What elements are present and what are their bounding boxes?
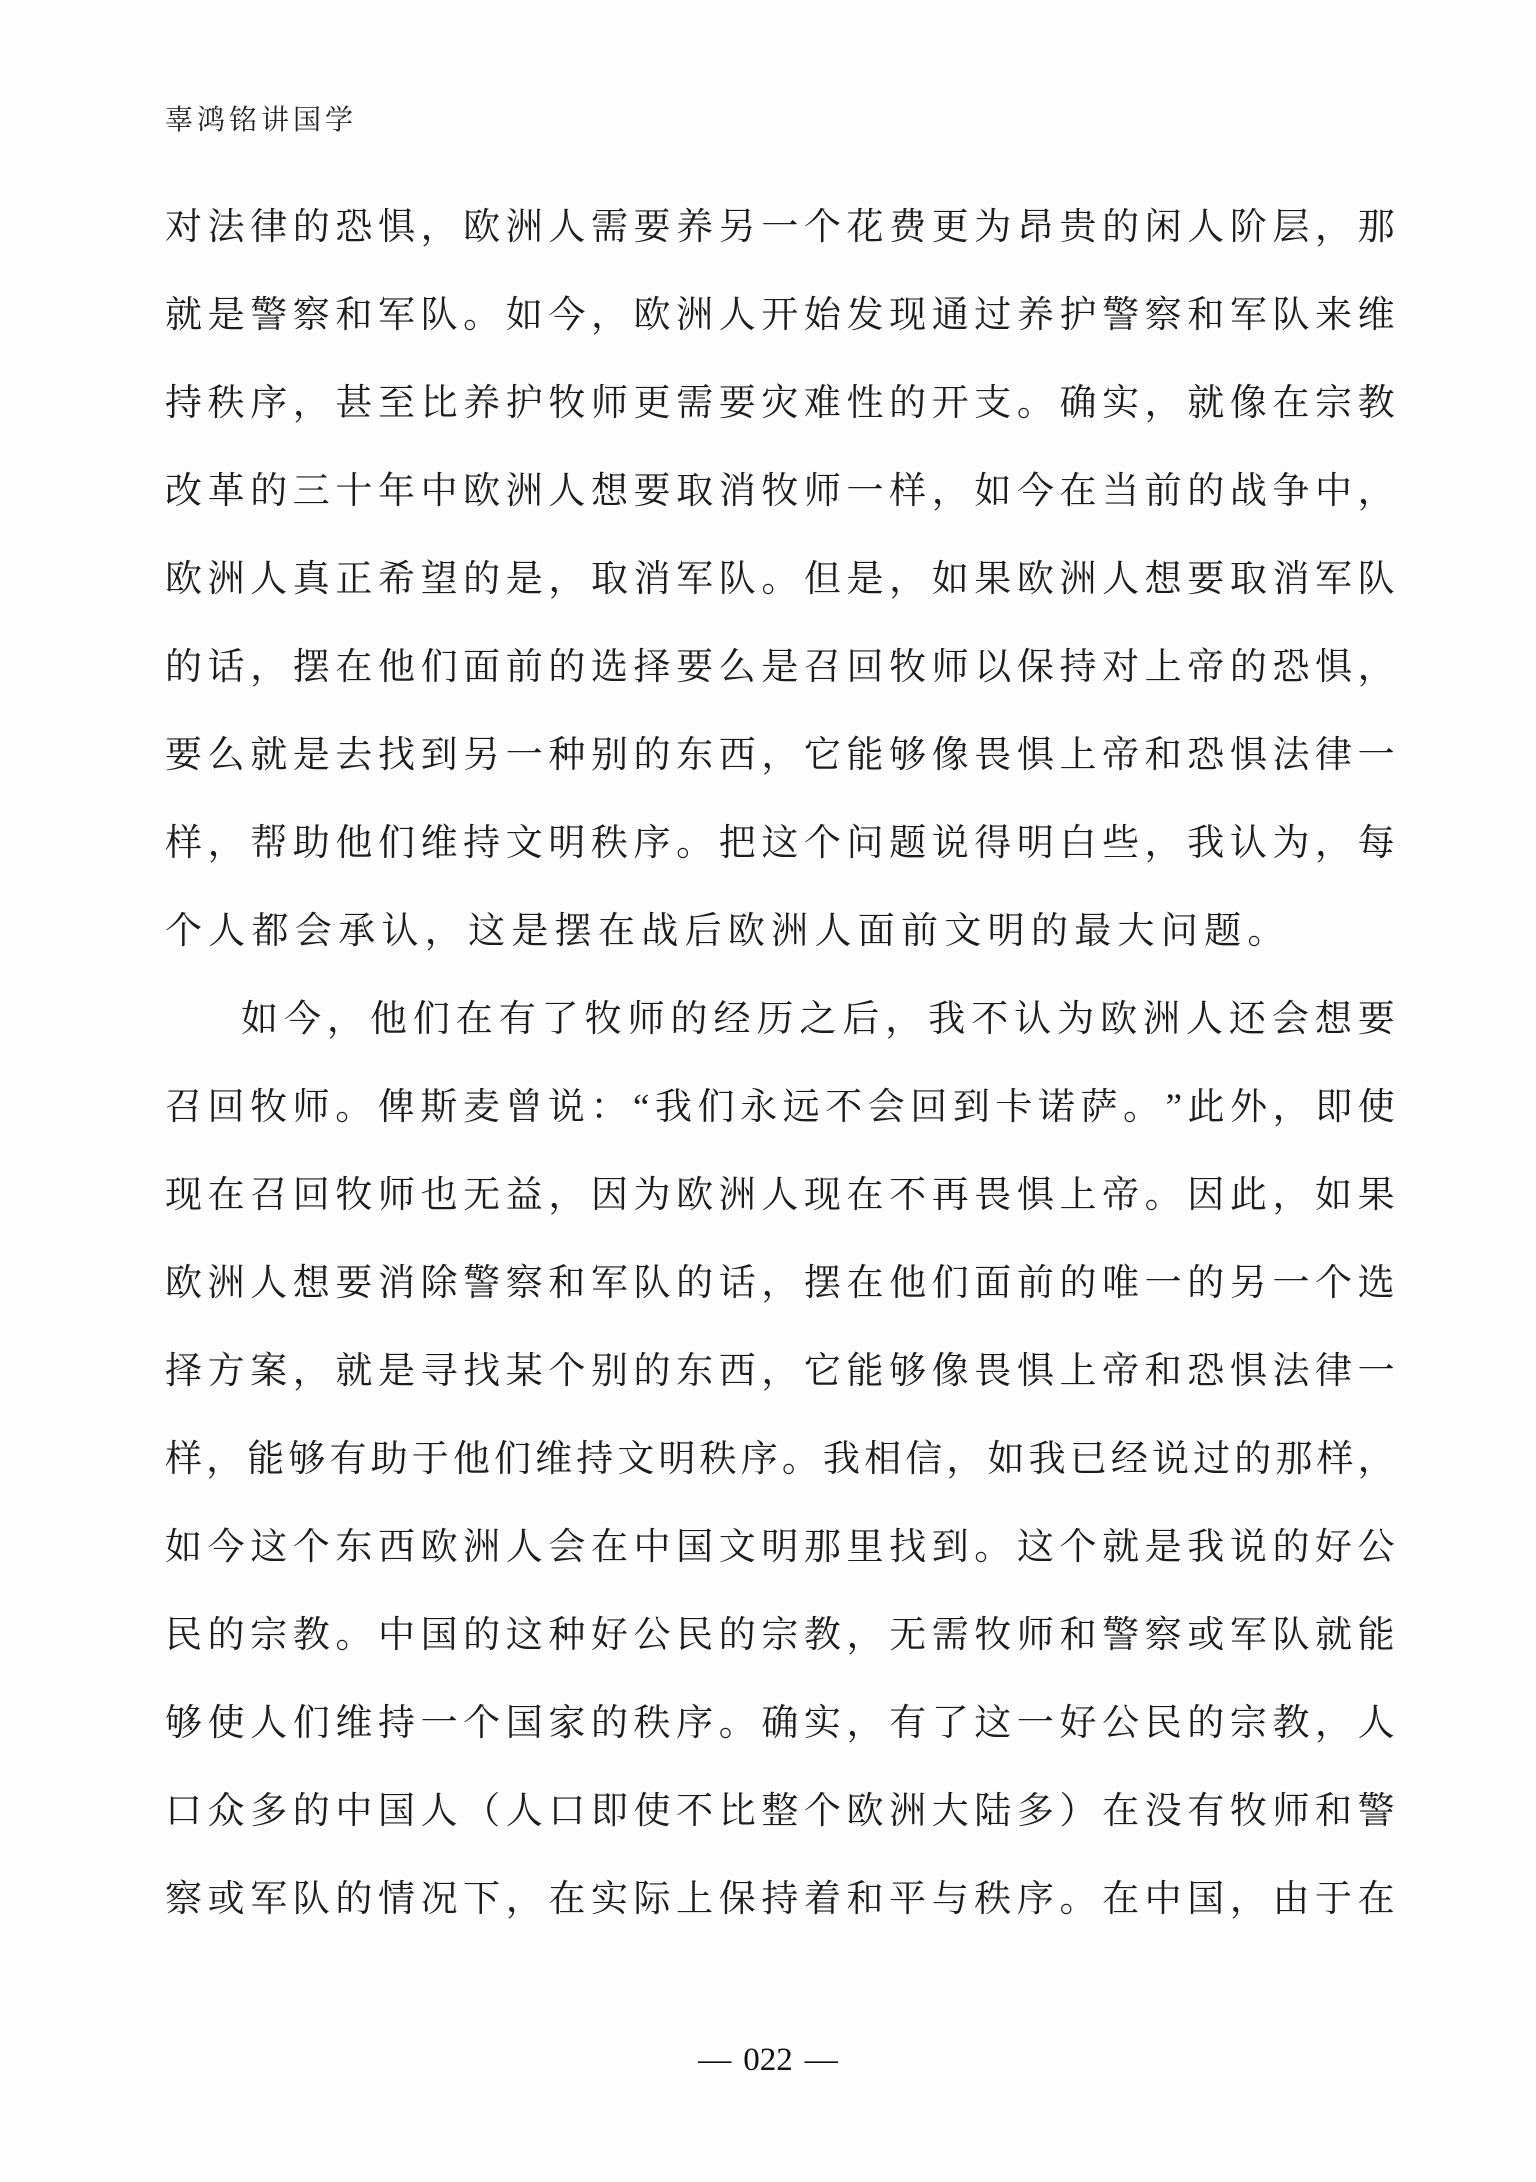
text-line: 现在召回牧师也无益，因为欧洲人现在不再畏惧上帝。因此，如果 bbox=[165, 1173, 1395, 1261]
text-line: 的话，摆在他们面前的选择要么是召回牧师以保持对上帝的恐惧， bbox=[165, 645, 1395, 733]
text-line: 样，能够有助于他们维持文明秩序。我相信，如我已经说过的那样， bbox=[165, 1437, 1395, 1525]
body-text-block: 对法律的恐惧，欧洲人需要养另一个花费更为昂贵的闲人阶层，那就是警察和军队。如今，… bbox=[165, 205, 1395, 1965]
text-line: 召回牧师。俾斯麦曾说：“我们永远不会回到卡诺萨。”此外，即使 bbox=[165, 1085, 1395, 1173]
text-line: 要么就是去找到另一种别的东西，它能够像畏惧上帝和恐惧法律一 bbox=[165, 733, 1395, 821]
page-footer: —022— bbox=[0, 2042, 1536, 2079]
text-line: 持秩序，甚至比养护牧师更需要灾难性的开支。确实，就像在宗教 bbox=[165, 381, 1395, 469]
text-line: 欧洲人想要消除警察和军队的话，摆在他们面前的唯一的另一个选 bbox=[165, 1261, 1395, 1349]
text-line: 如今，他们在有了牧师的经历之后，我不认为欧洲人还会想要 bbox=[165, 997, 1395, 1085]
running-header-book-title: 辜鸿铭讲国学 bbox=[165, 98, 357, 138]
footer-dash-right: — bbox=[805, 2042, 838, 2078]
text-line: 个人都会承认，这是摆在战后欧洲人面前文明的最大问题。 bbox=[165, 909, 1395, 997]
book-page: 辜鸿铭讲国学 对法律的恐惧，欧洲人需要养另一个花费更为昂贵的闲人阶层，那就是警察… bbox=[0, 0, 1536, 2182]
text-line: 欧洲人真正希望的是，取消军队。但是，如果欧洲人想要取消军队 bbox=[165, 557, 1395, 645]
text-line: 改革的三十年中欧洲人想要取消牧师一样，如今在当前的战争中， bbox=[165, 469, 1395, 557]
page-number: 022 bbox=[743, 2042, 793, 2078]
text-line: 择方案，就是寻找某个别的东西，它能够像畏惧上帝和恐惧法律一 bbox=[165, 1349, 1395, 1437]
text-line: 就是警察和军队。如今，欧洲人开始发现通过养护警察和军队来维 bbox=[165, 293, 1395, 381]
text-line: 民的宗教。中国的这种好公民的宗教，无需牧师和警察或军队就能 bbox=[165, 1613, 1395, 1701]
text-line: 对法律的恐惧，欧洲人需要养另一个花费更为昂贵的闲人阶层，那 bbox=[165, 205, 1395, 293]
text-line: 察或军队的情况下，在实际上保持着和平与秩序。在中国，由于在 bbox=[165, 1877, 1395, 1965]
text-line: 口众多的中国人（人口即使不比整个欧洲大陆多）在没有牧师和警 bbox=[165, 1789, 1395, 1877]
text-line: 够使人们维持一个国家的秩序。确实，有了这一好公民的宗教，人 bbox=[165, 1701, 1395, 1789]
footer-dash-left: — bbox=[698, 2042, 731, 2078]
text-line: 如今这个东西欧洲人会在中国文明那里找到。这个就是我说的好公 bbox=[165, 1525, 1395, 1613]
text-line: 样，帮助他们维持文明秩序。把这个问题说得明白些，我认为，每 bbox=[165, 821, 1395, 909]
